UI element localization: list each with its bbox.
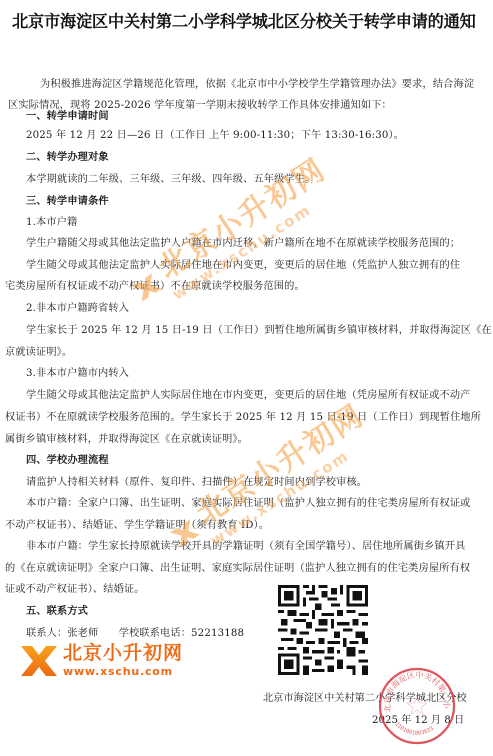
section-5-heading: 五、联系方式	[26, 602, 88, 617]
section-3-sub1-line-2: 学生随父母或其他法定监护人实际居住地在市内变更，变更后的居住地（凭监护人独立拥有…	[26, 256, 460, 271]
section-4-line-1: 请监护人持相关材料（原件、复印件、扫描件）在规定时间内到学校审核。	[26, 473, 367, 488]
section-3-sub3-line-3: 属街乡镇审核材料，并取得海淀区《在京就读证明》。	[5, 430, 248, 445]
section-3-sub3-line-1: 学生随父母或其他法定监护人实际居住地在市内变更，变更后的居住地（凭房屋所有权证或…	[26, 386, 471, 401]
section-4-line-6: 证或不动产权证书）、结婚证。	[5, 580, 145, 595]
section-3-sub1-line-1: 学生户籍随父母或其他法定监护人户籍在市内迁移，新户籍所在地不在原就读学校服务范围…	[26, 234, 460, 249]
section-2-body: 本学期就读的二年级、三年级、三年级、四年级、五年级学生。	[26, 170, 315, 185]
section-3-heading: 三、转学申请条件	[26, 192, 109, 207]
section-1-heading: 一、转学申请时间	[26, 107, 109, 122]
section-3-sub2-heading: 2.非本市户籍跨省转入	[26, 299, 129, 314]
notice-document: 北京市海淀区中关村第二小学科学城北区分校关于转学申请的通知 为积极推进海淀区学籍…	[0, 0, 493, 756]
xschu-logo[interactable]: 北京小升初网 www.xschu.com	[21, 644, 183, 677]
section-2-heading: 二、转学办理对象	[26, 148, 109, 163]
section-3-sub1-line-3: 宅类房屋所有权证或不动产权证书）不在原就读学校服务范围的。	[5, 277, 305, 292]
intro-line-1: 为积极推进海淀区学籍规范化管理，依据《北京市中小学校学生学籍管理办法》要求，结合…	[40, 75, 474, 90]
logo-name: 北京小升初网	[63, 644, 183, 663]
section-3-sub2-line-2: 京就读证明》。	[5, 343, 72, 358]
section-1-body: 2025 年 12 月 22 日—26 日（工作日 上午 9:00-11:30；…	[26, 126, 404, 141]
section-4-line-4: 非本市户籍：学生家长持原就读学校开具的学籍证明（须有全国学籍号）、居住地所属街乡…	[26, 537, 465, 552]
contact-info: 联系人：张老师 学校联系电话：52213188	[26, 624, 244, 639]
qr-code	[278, 585, 368, 675]
section-4-line-3: 不动产权证书）、结婚证、学生学籍证明（须有教育 ID）。	[5, 516, 269, 531]
document-title: 北京市海淀区中关村第二小学科学城北区分校关于转学申请的通知	[12, 8, 487, 32]
section-4-line-2: 本市户籍：全家户口簿、出生证明、家庭实际居住证明（监护人独立拥有的住宅类房屋所有…	[26, 494, 471, 509]
section-3-sub3-line-2: 权证书）不在原就读学校服务范围的。学生家长于 2025 年 12 月 15 日-…	[5, 408, 481, 423]
section-3-sub3-heading: 3.非本市户籍市内转入	[26, 364, 129, 379]
svg-text:北京市海淀区中关村第二小学科学城北区分校: 北京市海淀区中关村第二小学科学城北区分校	[377, 666, 452, 713]
section-4-line-5: 的《在京就读证明》全家户口簿、出生证明、家庭实际居住证明（监护人独立拥有的住宅类…	[5, 559, 470, 574]
svg-text:1101081003633: 1101081003633	[393, 721, 434, 736]
section-3-sub1-heading: 1.本市户籍	[26, 213, 77, 228]
xschu-logo-icon	[21, 646, 57, 676]
section-3-sub2-line-1: 学生家长于 2025 年 12 月 15 日-19 日（工作日）到暂住地所属街乡…	[26, 321, 492, 336]
section-4-heading: 四、学校办理流程	[26, 451, 109, 466]
logo-url: www.xschu.com	[63, 666, 183, 677]
official-seal-stamp: 北京市海淀区中关村第二小学科学城北区分校 1101081003633	[377, 666, 457, 746]
